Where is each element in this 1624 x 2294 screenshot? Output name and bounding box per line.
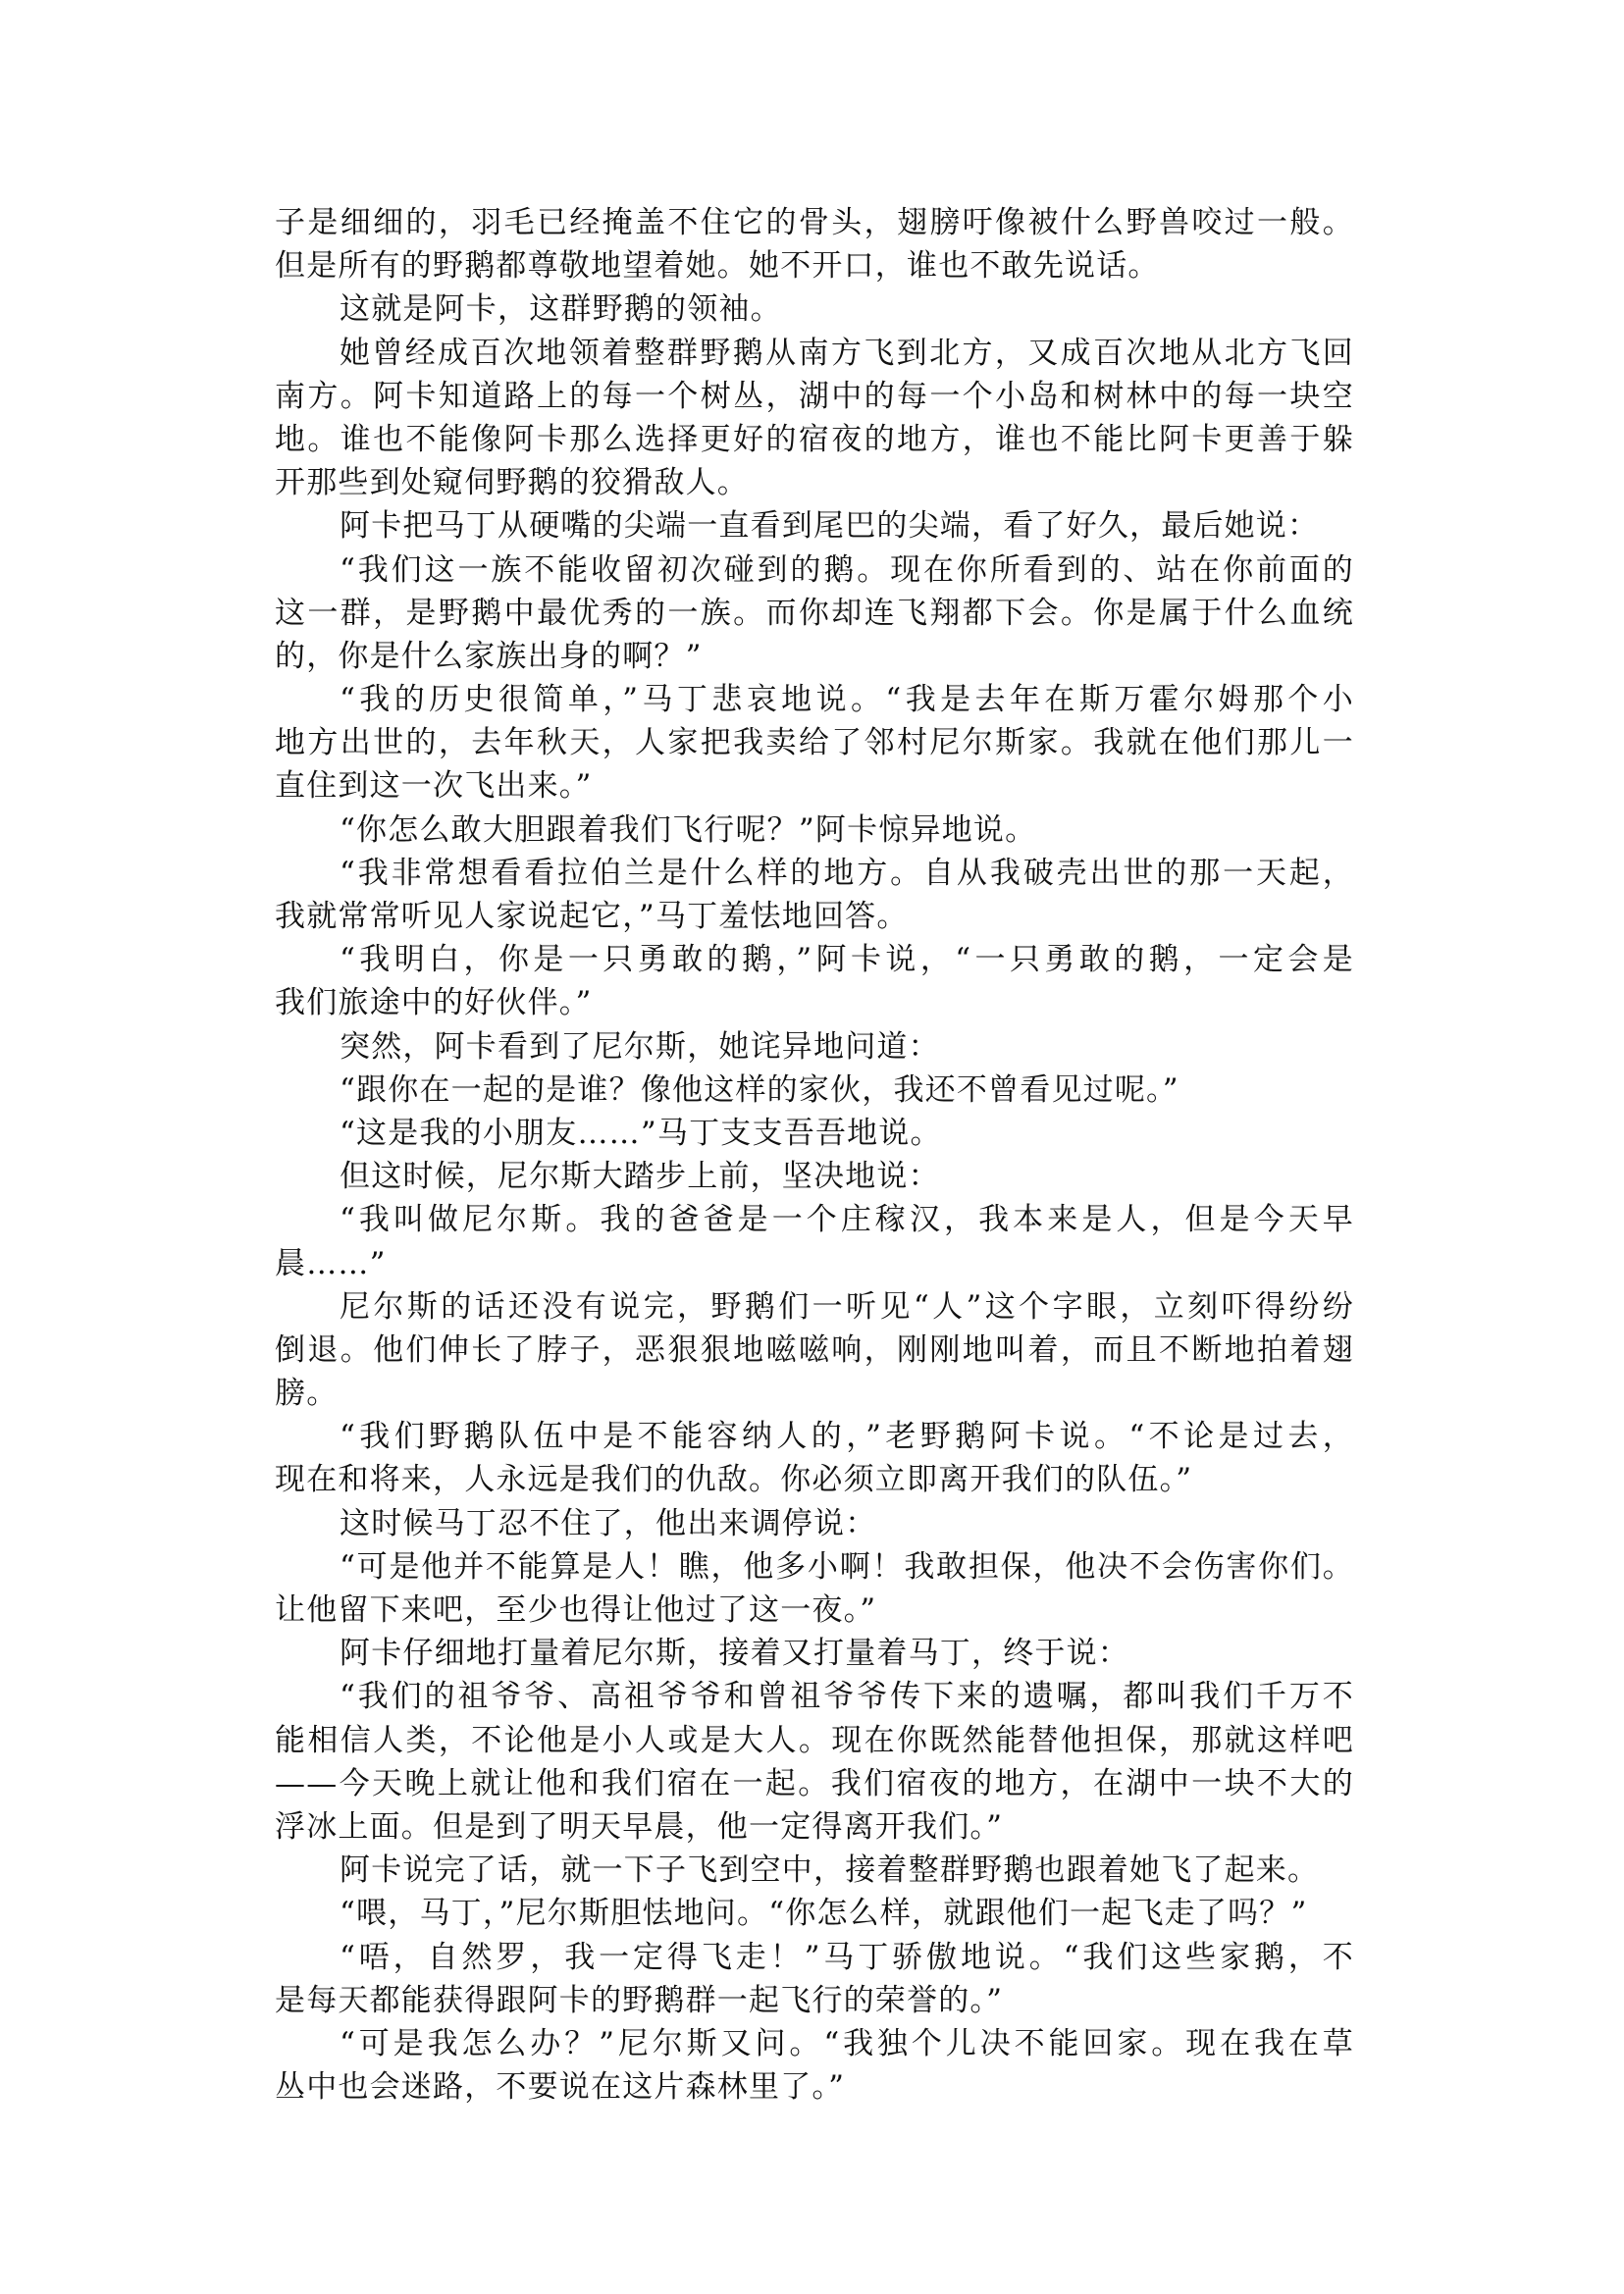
text-line: 倒退。他们伸长了脖子，恶狠狠地嗞嗞响，刚刚地叫着，而且不断地拍着翅 bbox=[275, 1329, 1354, 1372]
text-line: 但这时候，尼尔斯大踏步上前，坚决地说： bbox=[275, 1155, 1354, 1198]
text-line: “我的历史很简单，”马丁悲哀地说。“我是去年在斯万霍尔姆那个小 bbox=[275, 678, 1354, 721]
paragraph: “我们野鹅队伍中是不能容纳人的，”老野鹅阿卡说。“不论是过去，现在和将来，人永远… bbox=[275, 1415, 1354, 1501]
text-line: “我明白，你是一只勇敢的鹅，”阿卡说，“一只勇敢的鹅，一定会是 bbox=[275, 938, 1354, 981]
paragraph: “我的历史很简单，”马丁悲哀地说。“我是去年在斯万霍尔姆那个小地方出世的，去年秋… bbox=[275, 678, 1354, 808]
paragraph: 但这时候，尼尔斯大踏步上前，坚决地说： bbox=[275, 1155, 1354, 1198]
text-line: 开那些到处窥伺野鹅的狡猾敌人。 bbox=[275, 461, 1354, 504]
paragraph: “这是我的小朋友……”马丁支支吾吾地说。 bbox=[275, 1112, 1354, 1155]
paragraph: “我非常想看看拉伯兰是什么样的地方。自从我破壳出世的那一天起，我就常常听见人家说… bbox=[275, 852, 1354, 938]
text-line: 膀。 bbox=[275, 1372, 1354, 1415]
paragraph: “唔，自然罗，我一定得飞走！”马丁骄傲地说。“我们这些家鹅，不是每天都能获得跟阿… bbox=[275, 1936, 1354, 2022]
text-line: 南方。阿卡知道路上的每一个树丛，湖中的每一个小岛和树林中的每一块空 bbox=[275, 375, 1354, 418]
text-line: 但是所有的野鹅都尊敬地望着她。她不开口，谁也不敢先说话。 bbox=[275, 244, 1354, 287]
text-line: ——今天晚上就让他和我们宿在一起。我们宿夜的地方，在湖中一块不大的 bbox=[275, 1762, 1354, 1805]
paragraph: 这就是阿卡，这群野鹅的领袖。 bbox=[275, 287, 1354, 331]
paragraph: 突然，阿卡看到了尼尔斯，她诧异地问道： bbox=[275, 1025, 1354, 1069]
paragraph: “喂，马丁，”尼尔斯胆怯地问。“你怎么样，就跟他们一起飞走了吗？” bbox=[275, 1892, 1354, 1935]
paragraph: “跟你在一起的是谁？像他这样的家伙，我还不曾看见过呢。” bbox=[275, 1069, 1354, 1112]
text-line: 她曾经成百次地领着整群野鹅从南方飞到北方，又成百次地从北方飞回 bbox=[275, 332, 1354, 375]
paragraph: “我们这一族不能收留初次碰到的鹅。现在你所看到的、站在你前面的这一群，是野鹅中最… bbox=[275, 548, 1354, 679]
text-line: 的，你是什么家族出身的啊？” bbox=[275, 635, 1354, 678]
text-line: 这就是阿卡，这群野鹅的领袖。 bbox=[275, 287, 1354, 331]
text-line: “可是他并不能算是人！瞧，他多小啊！我敢担保，他决不会伤害你们。 bbox=[275, 1545, 1354, 1589]
text-line: 这一群，是野鹅中最优秀的一族。而你却连飞翔都下会。你是属于什么血统 bbox=[275, 592, 1354, 635]
text-line: 我们旅途中的好伙伴。” bbox=[275, 981, 1354, 1024]
document-page: 子是细细的，羽毛已经掩盖不住它的骨头，翅膀吁像被什么野兽咬过一般。但是所有的野鹅… bbox=[275, 201, 1354, 2109]
text-line: 我就常常听见人家说起它，”马丁羞怯地回答。 bbox=[275, 895, 1354, 938]
text-line: 丛中也会迷路，不要说在这片森林里了。” bbox=[275, 2065, 1354, 2109]
text-line: “跟你在一起的是谁？像他这样的家伙，我还不曾看见过呢。” bbox=[275, 1069, 1354, 1112]
text-line: “我叫做尼尔斯。我的爸爸是一个庄稼汉，我本来是人，但是今天早 bbox=[275, 1198, 1354, 1241]
paragraph: 阿卡仔细地打量着尼尔斯，接着又打量着马丁，终于说： bbox=[275, 1632, 1354, 1675]
text-line: 让他留下来吧，至少也得让他过了这一夜。” bbox=[275, 1589, 1354, 1632]
text-line: “可是我怎么办？”尼尔斯又问。“我独个儿决不能回家。现在我在草 bbox=[275, 2022, 1354, 2065]
text-line: 直住到这一次飞出来。” bbox=[275, 764, 1354, 808]
paragraph: 尼尔斯的话还没有说完，野鹅们一听见“人”这个字眼，立刻吓得纷纷倒退。他们伸长了脖… bbox=[275, 1285, 1354, 1416]
text-line: 尼尔斯的话还没有说完，野鹅们一听见“人”这个字眼，立刻吓得纷纷 bbox=[275, 1285, 1354, 1329]
text-line: 浮冰上面。但是到了明天早晨，他一定得离开我们。” bbox=[275, 1805, 1354, 1849]
text-line: “你怎么敢大胆跟着我们飞行呢？”阿卡惊异地说。 bbox=[275, 808, 1354, 852]
text-line: 阿卡说完了话，就一下子飞到空中，接着整群野鹅也跟着她飞了起来。 bbox=[275, 1849, 1354, 1892]
text-line: 地。谁也不能像阿卡那么选择更好的宿夜的地方，谁也不能比阿卡更善于躲 bbox=[275, 418, 1354, 461]
text-line: “这是我的小朋友……”马丁支支吾吾地说。 bbox=[275, 1112, 1354, 1155]
paragraph: “我明白，你是一只勇敢的鹅，”阿卡说，“一只勇敢的鹅，一定会是我们旅途中的好伙伴… bbox=[275, 938, 1354, 1024]
paragraph: “我们的祖爷爷、高祖爷爷和曾祖爷爷传下来的遗嘱，都叫我们千万不能相信人类，不论他… bbox=[275, 1675, 1354, 1849]
text-line: “喂，马丁，”尼尔斯胆怯地问。“你怎么样，就跟他们一起飞走了吗？” bbox=[275, 1892, 1354, 1935]
paragraph: 阿卡把马丁从硬嘴的尖端一直看到尾巴的尖端，看了好久，最后她说： bbox=[275, 504, 1354, 547]
paragraph: 子是细细的，羽毛已经掩盖不住它的骨头，翅膀吁像被什么野兽咬过一般。但是所有的野鹅… bbox=[275, 201, 1354, 287]
paragraph: “可是我怎么办？”尼尔斯又问。“我独个儿决不能回家。现在我在草丛中也会迷路，不要… bbox=[275, 2022, 1354, 2109]
paragraph: “你怎么敢大胆跟着我们飞行呢？”阿卡惊异地说。 bbox=[275, 808, 1354, 852]
paragraph: 阿卡说完了话，就一下子飞到空中，接着整群野鹅也跟着她飞了起来。 bbox=[275, 1849, 1354, 1892]
paragraph: “我叫做尼尔斯。我的爸爸是一个庄稼汉，我本来是人，但是今天早晨……” bbox=[275, 1198, 1354, 1284]
text-line: 晨……” bbox=[275, 1242, 1354, 1285]
text-line: “我非常想看看拉伯兰是什么样的地方。自从我破壳出世的那一天起， bbox=[275, 852, 1354, 895]
text-line: 这时候马丁忍不住了，他出来调停说： bbox=[275, 1502, 1354, 1545]
text-line: 地方出世的，去年秋天，人家把我卖给了邻村尼尔斯家。我就在他们那儿一 bbox=[275, 721, 1354, 764]
text-line: 阿卡把马丁从硬嘴的尖端一直看到尾巴的尖端，看了好久，最后她说： bbox=[275, 504, 1354, 547]
text-line: 阿卡仔细地打量着尼尔斯，接着又打量着马丁，终于说： bbox=[275, 1632, 1354, 1675]
text-line: “我们野鹅队伍中是不能容纳人的，”老野鹅阿卡说。“不论是过去， bbox=[275, 1415, 1354, 1458]
text-line: 现在和将来，人永远是我们的仇敌。你必须立即离开我们的队伍。” bbox=[275, 1458, 1354, 1501]
text-line: “我们这一族不能收留初次碰到的鹅。现在你所看到的、站在你前面的 bbox=[275, 548, 1354, 592]
paragraph: 这时候马丁忍不住了，他出来调停说： bbox=[275, 1502, 1354, 1545]
text-line: 突然，阿卡看到了尼尔斯，她诧异地问道： bbox=[275, 1025, 1354, 1069]
paragraph: 她曾经成百次地领着整群野鹅从南方飞到北方，又成百次地从北方飞回南方。阿卡知道路上… bbox=[275, 332, 1354, 505]
text-line: 是每天都能获得跟阿卡的野鹅群一起飞行的荣誉的。” bbox=[275, 1979, 1354, 2022]
text-line: “我们的祖爷爷、高祖爷爷和曾祖爷爷传下来的遗嘱，都叫我们千万不 bbox=[275, 1675, 1354, 1718]
paragraph: “可是他并不能算是人！瞧，他多小啊！我敢担保，他决不会伤害你们。让他留下来吧，至… bbox=[275, 1545, 1354, 1632]
text-line: “唔，自然罗，我一定得飞走！”马丁骄傲地说。“我们这些家鹅，不 bbox=[275, 1936, 1354, 1979]
text-line: 能相信人类，不论他是小人或是大人。现在你既然能替他担保，那就这样吧 bbox=[275, 1719, 1354, 1762]
text-line: 子是细细的，羽毛已经掩盖不住它的骨头，翅膀吁像被什么野兽咬过一般。 bbox=[275, 201, 1354, 244]
